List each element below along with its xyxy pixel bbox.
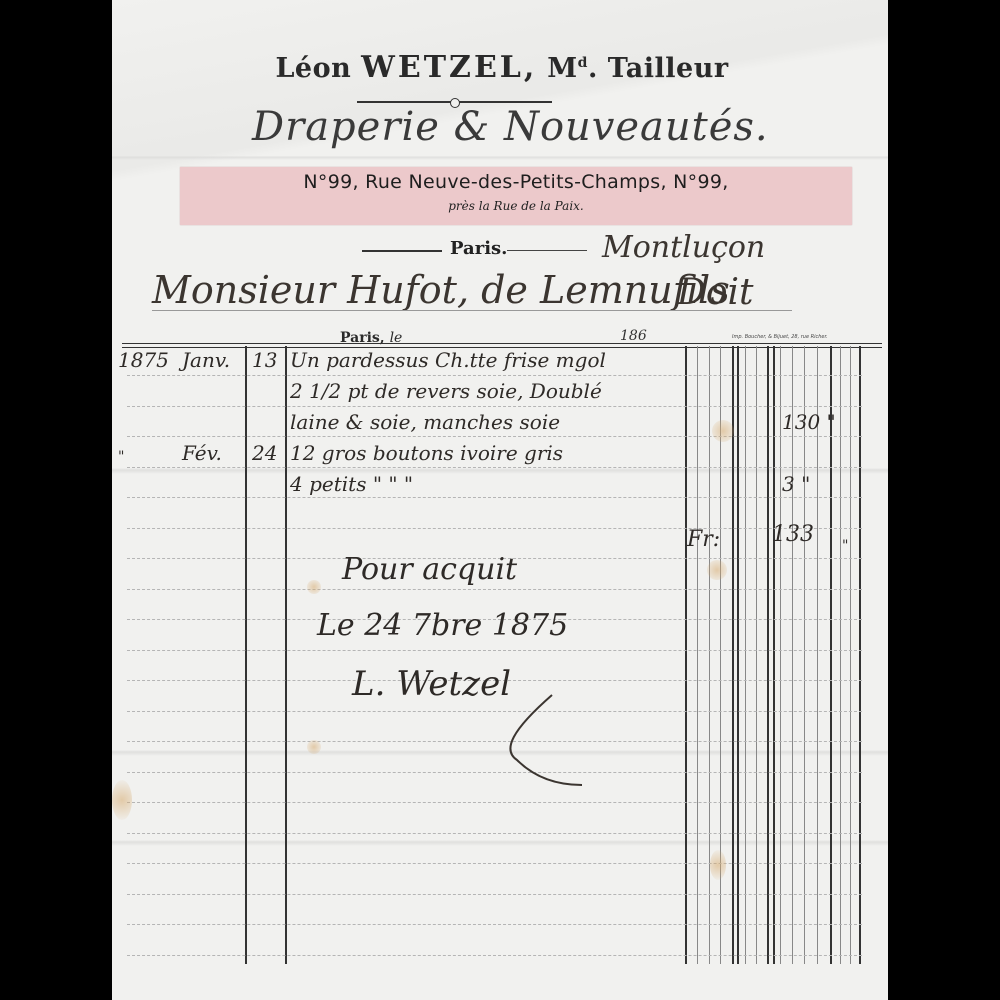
column-rule [285,346,287,964]
sub-column-rule [850,346,851,964]
sub-column-rule [817,346,818,964]
sub-column-rule [756,346,757,964]
ornamental-rule [357,101,552,103]
merchant-first-name: Léon [275,53,351,84]
foxing-stain [307,740,321,754]
address-banner: N°99, Rue Neuve-des-Petits-Champs, N°99,… [180,167,852,225]
city-rule-left [362,250,442,252]
row-rule [127,924,862,925]
entry-description: 12 gros boutons ivoire gris [290,441,563,465]
foxing-stain [112,780,132,820]
sub-column-rule [840,346,841,964]
row-rule [127,589,862,590]
entry-day: 24 [252,441,277,465]
row-rule [127,467,862,468]
row-rule [127,650,862,651]
sub-column-rule [697,346,698,964]
printer-credit: Imp. Boucher, & Bijuet, 28, rue Richer. [732,334,828,340]
year-prefix: 186 [620,328,647,344]
customer-rule [152,310,792,311]
entry-description: 2 1/2 pt de revers soie, Doublé [290,379,602,403]
row-rule [127,863,862,864]
signature-flourish [492,690,602,800]
row-rule [127,375,862,376]
column-rule [859,346,861,964]
entry-month: Fév. [182,441,222,465]
receipt-line-2: Le 24 7bre 1875 [317,608,568,643]
column-rule [685,346,687,964]
column-rule [732,346,734,964]
foxing-stain [707,560,727,580]
address-near: près la Rue de la Paix. [180,199,852,213]
row-rule [127,802,862,803]
trade-line: Draperie & Nouveautés. [252,104,722,150]
sub-column-rule [745,346,746,964]
row-rule [127,406,862,407]
entry-day: 13 [252,348,277,372]
column-rule [830,346,832,964]
foxing-stain [712,420,734,442]
column-rule [773,346,775,964]
owes-label: Doit [677,272,754,313]
handwritten-place: Montluçon [602,230,765,265]
sub-column-rule [804,346,805,964]
city-rule-right [507,250,587,251]
foxing-stain [710,850,726,880]
entry-description: laine & soie, manches soie [290,410,560,434]
row-rule [127,436,862,437]
merchant-title: Tailleur [608,53,729,84]
total-amount: 133 [772,522,814,547]
row-rule [127,833,862,834]
invoice-paper: Léon WETZEL, Md. Tailleur Draperie & Nou… [112,0,888,1000]
column-rule [245,346,247,964]
entry-amount: 3 " [782,472,810,496]
sub-column-rule [780,346,781,964]
row-rule [127,955,862,956]
entry-month: Janv. [182,348,230,372]
entry-description: 4 petits " " " [290,472,413,496]
total-suffix: " [842,538,848,554]
entry-amount: 130 " [782,410,836,434]
row-rule [127,528,862,529]
signature: L. Wetzel [352,664,511,704]
total-label: Fr: [687,527,720,552]
city-label: Paris. [450,238,507,259]
entry-year: 1875 [118,348,169,372]
entry-description: Un pardessus Ch.tte frise mgol [290,348,606,372]
foxing-stain [307,580,321,594]
row-rule [127,894,862,895]
merchant-name: Léon WETZEL, Md. Tailleur [262,50,742,85]
row-rule [127,497,862,498]
entry-year: " [118,449,124,465]
sub-column-rule [792,346,793,964]
address-line: N°99, Rue Neuve-des-Petits-Champs, N°99, [180,171,852,193]
title-prefix: M [547,53,577,84]
column-rule [767,346,769,964]
customer-name: Monsieur Hufot, de Lemnufils [152,268,730,312]
receipt-line-1: Pour acquit [342,552,517,587]
column-rule [737,346,739,964]
merchant-last-name: WETZEL, [361,50,537,85]
title-sup: d [578,55,588,71]
